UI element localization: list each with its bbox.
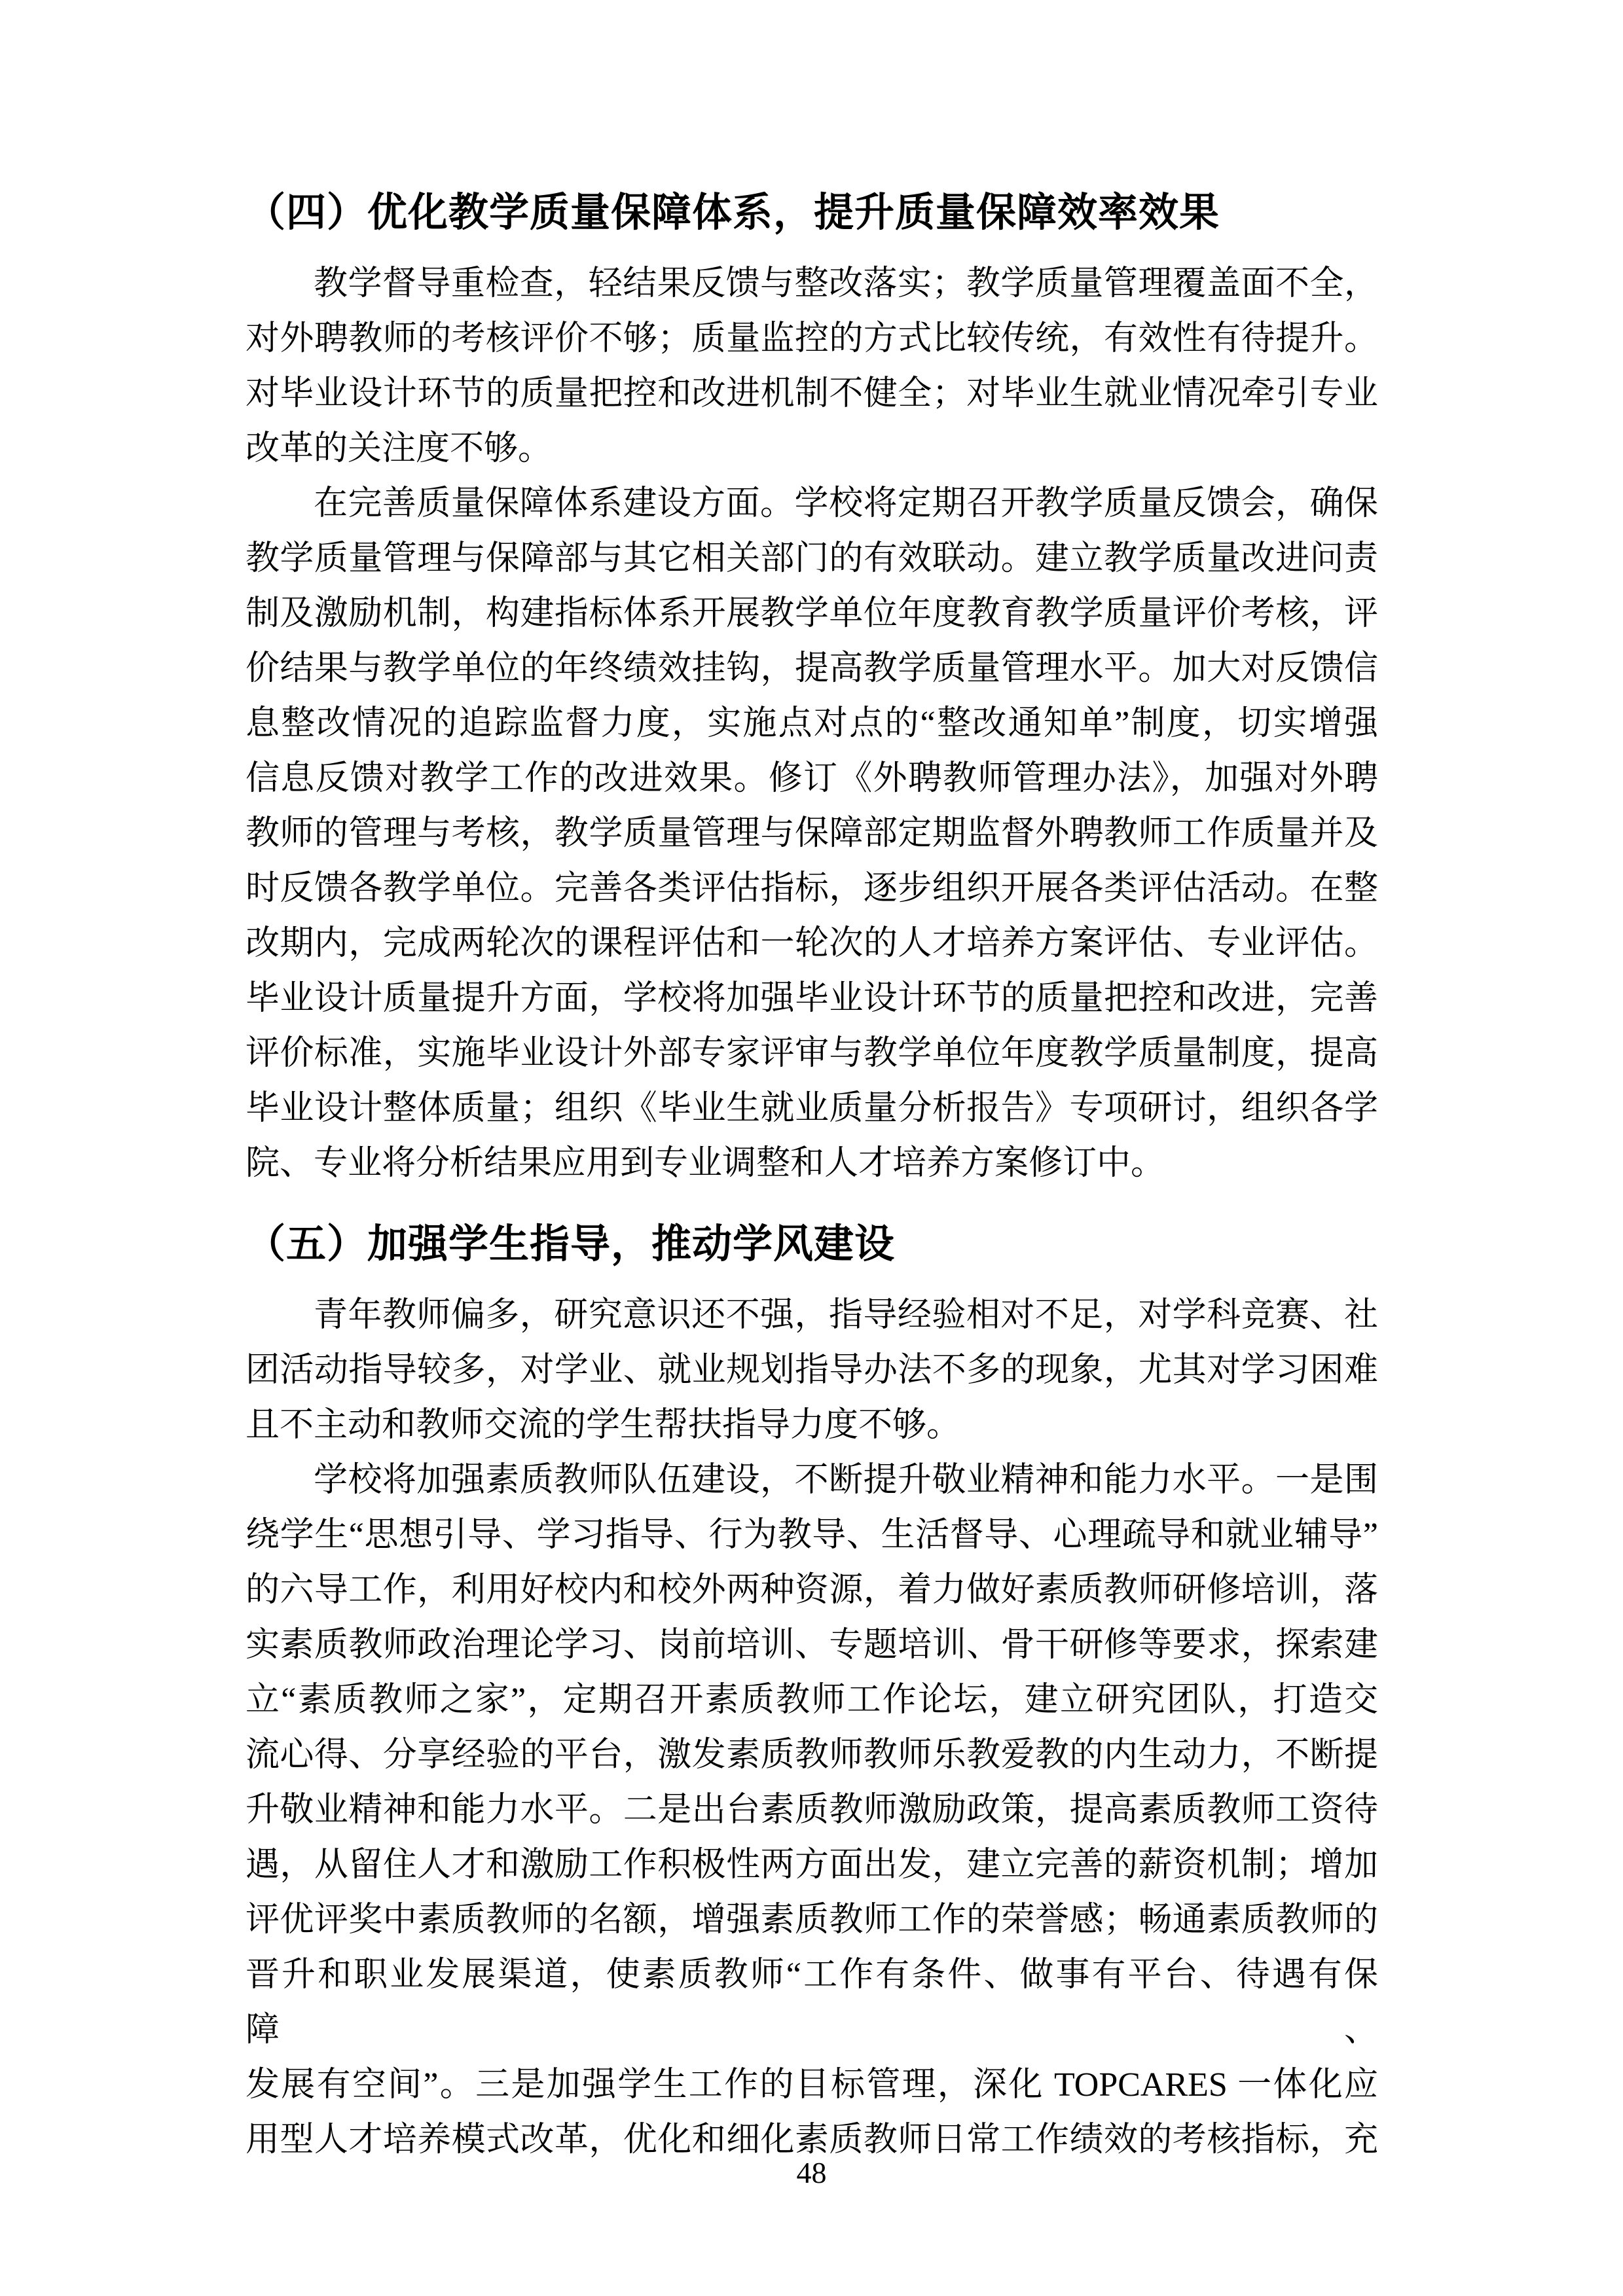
text-line: 毕业设计整体质量；组织《毕业生就业质量分析报告》专项研讨，组织各学 xyxy=(246,1081,1378,1136)
text-line: 评价标准，实施毕业设计外部专家评审与教学单位年度教学质量制度，提高 xyxy=(246,1026,1378,1081)
section-5: （五）加强学生指导，推动学风建设 青年教师偏多，研究意识还不强，指导经验相对不足… xyxy=(246,1213,1378,2168)
text-line: 在完善质量保障体系建设方面。学校将定期召开教学质量反馈会，确保 xyxy=(246,476,1378,531)
section-4-paragraph-2: 在完善质量保障体系建设方面。学校将定期召开教学质量反馈会，确保教学质量管理与保障… xyxy=(246,476,1378,1191)
text-line: 毕业设计质量提升方面，学校将加强毕业设计环节的质量把控和改进，完善 xyxy=(246,971,1378,1026)
document-page: （四）优化教学质量保障体系，提升质量保障效率效果 教学督导重检查，轻结果反馈与整… xyxy=(0,0,1623,2296)
section-5-paragraph-2: 学校将加强素质教师队伍建设，不断提升敬业精神和能力水平。一是围绕学生“思想引导、… xyxy=(246,1453,1378,2168)
text-line: 流心得、分享经验的平台，激发素质教师教师乐教爱教的内生动力，不断提 xyxy=(246,1728,1378,1783)
text-line: 学校将加强素质教师队伍建设，不断提升敬业精神和能力水平。一是围 xyxy=(246,1453,1378,1508)
text-line: 教学督导重检查，轻结果反馈与整改落实；教学质量管理覆盖面不全， xyxy=(246,257,1378,312)
text-line: 立“素质教师之家”，定期召开素质教师工作论坛，建立研究团队，打造交 xyxy=(246,1673,1378,1728)
text-line: 发展有空间”。三是加强学生工作的目标管理，深化 TOPCARES 一体化应 xyxy=(246,2058,1378,2113)
page-number: 48 xyxy=(0,2156,1623,2190)
text-line: 改革的关注度不够。 xyxy=(246,422,1378,476)
text-line: 教师的管理与考核，教学质量管理与保障部定期监督外聘教师工作质量并及 xyxy=(246,806,1378,861)
section-4: （四）优化教学质量保障体系，提升质量保障效率效果 教学督导重检查，轻结果反馈与整… xyxy=(246,182,1378,1191)
text-line: 升敬业精神和能力水平。二是出台素质教师激励政策，提高素质教师工资待 xyxy=(246,1783,1378,1838)
text-line: 改期内，完成两轮次的课程评估和一轮次的人才培养方案评估、专业评估。 xyxy=(246,916,1378,971)
text-line: 对毕业设计环节的质量把控和改进机制不健全；对毕业生就业情况牵引专业 xyxy=(246,367,1378,422)
text-line: 绕学生“思想引导、学习指导、行为教导、生活督导、心理疏导和就业辅导” xyxy=(246,1508,1378,1563)
text-line: 遇，从留住人才和激励工作积极性两方面出发，建立完善的薪资机制；增加 xyxy=(246,1838,1378,1893)
text-line: 信息反馈对教学工作的改进效果。修订《外聘教师管理办法》，加强对外聘 xyxy=(246,751,1378,806)
text-line: 息整改情况的追踪监督力度，实施点对点的“整改通知单”制度，切实增强 xyxy=(246,696,1378,751)
text-line: 时反馈各教学单位。完善各类评估指标，逐步组织开展各类评估活动。在整 xyxy=(246,861,1378,916)
text-line: 制及激励机制，构建指标体系开展教学单位年度教育教学质量评价考核，评 xyxy=(246,586,1378,641)
text-line: 对外聘教师的考核评价不够；质量监控的方式比较传统，有效性有待提升。 xyxy=(246,312,1378,367)
page-content: （四）优化教学质量保障体系，提升质量保障效率效果 教学督导重检查，轻结果反馈与整… xyxy=(246,182,1378,2168)
section-4-paragraph-1: 教学督导重检查，轻结果反馈与整改落实；教学质量管理覆盖面不全，对外聘教师的考核评… xyxy=(246,257,1378,476)
text-line: 实素质教师政治理论学习、岗前培训、专题培训、骨干研修等要求，探索建 xyxy=(246,1618,1378,1673)
text-line: 的六导工作，利用好校内和校外两种资源，着力做好素质教师研修培训，落 xyxy=(246,1563,1378,1618)
section-4-heading: （四）优化教学质量保障体系，提升质量保障效率效果 xyxy=(246,182,1378,242)
text-line: 教学质量管理与保障部与其它相关部门的有效联动。建立教学质量改进问责 xyxy=(246,531,1378,586)
section-5-heading: （五）加强学生指导，推动学风建设 xyxy=(246,1213,1378,1274)
text-line: 院、专业将分析结果应用到专业调整和人才培养方案修订中。 xyxy=(246,1136,1378,1191)
text-line: 晋升和职业发展渠道，使素质教师“工作有条件、做事有平台、待遇有保障、 xyxy=(246,1948,1378,2058)
text-line: 团活动指导较多，对学业、就业规划指导办法不多的现象，尤其对学习困难 xyxy=(246,1343,1378,1398)
text-line: 青年教师偏多，研究意识还不强，指导经验相对不足，对学科竞赛、社 xyxy=(246,1288,1378,1343)
text-line: 且不主动和教师交流的学生帮扶指导力度不够。 xyxy=(246,1398,1378,1453)
section-5-paragraph-1: 青年教师偏多，研究意识还不强，指导经验相对不足，对学科竞赛、社团活动指导较多，对… xyxy=(246,1288,1378,1453)
text-line: 价结果与教学单位的年终绩效挂钩，提高教学质量管理水平。加大对反馈信 xyxy=(246,641,1378,696)
text-line: 评优评奖中素质教师的名额，增强素质教师工作的荣誉感；畅通素质教师的 xyxy=(246,1893,1378,1948)
